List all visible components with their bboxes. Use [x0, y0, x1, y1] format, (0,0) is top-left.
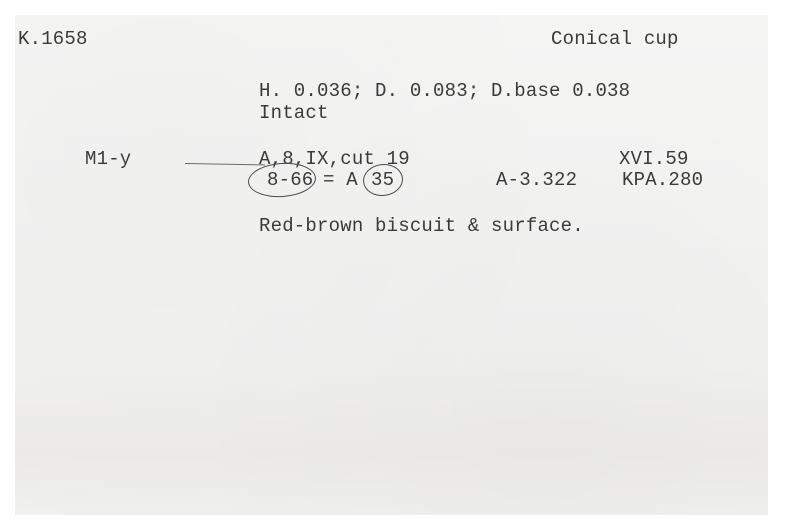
condition: Intact: [259, 103, 329, 123]
description: Red-brown biscuit & surface.: [259, 216, 584, 236]
kpa-number: KPA.280: [622, 170, 703, 190]
catalog-card: K.1658 Conical cup H. 0.036; D. 0.083; D…: [15, 15, 768, 515]
handwritten-circle-a: [247, 161, 317, 200]
dimensions: H. 0.036; D. 0.083; D.base 0.038: [259, 81, 630, 101]
findspot-equals: = A: [323, 170, 358, 190]
classification-code: M1-y: [85, 149, 131, 169]
inventory-number: A-3.322: [496, 170, 577, 190]
catalog-number: K.1658: [18, 29, 88, 49]
pencil-stroke: [185, 163, 265, 165]
object-type: Conical cup: [551, 29, 679, 49]
context-reference: XVI.59: [619, 149, 689, 169]
